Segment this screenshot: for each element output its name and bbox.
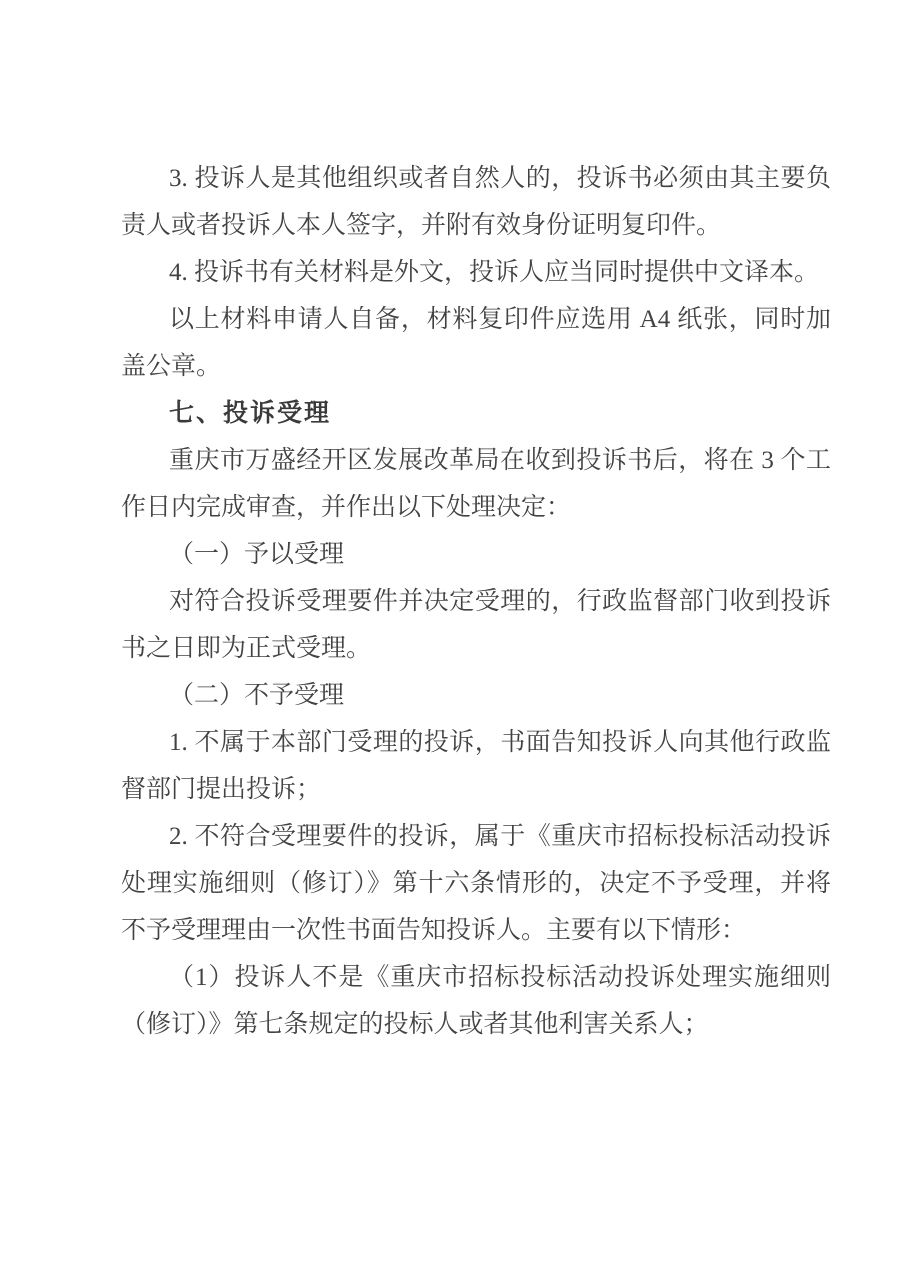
text-line: 对符合投诉受理要件并决定受理的，行政监督部门收到投诉 <box>121 578 831 625</box>
text-line: 2. 不符合受理要件的投诉，属于《重庆市招标投标活动投诉 <box>121 813 831 860</box>
text-line: 督部门提出投诉； <box>121 766 831 813</box>
text-line: 3. 投诉人是其他组织或者自然人的，投诉书必须由其主要负 <box>121 155 831 202</box>
text-line: 以上材料申请人自备，材料复印件应选用 A4 纸张，同时加 <box>121 296 831 343</box>
text-line: 重庆市万盛经开区发展改革局在收到投诉书后，将在 3 个工 <box>121 437 831 484</box>
document-page: 3. 投诉人是其他组织或者自然人的，投诉书必须由其主要负责人或者投诉人本人签字，… <box>0 0 900 1274</box>
text-line: 处理实施细则（修订）》第十六条情形的，决定不予受理，并将 <box>121 860 831 907</box>
text-line: 1. 不属于本部门受理的投诉，书面告知投诉人向其他行政监 <box>121 719 831 766</box>
text-line: 4. 投诉书有关材料是外文，投诉人应当同时提供中文译本。 <box>121 249 831 296</box>
text-line: 作日内完成审查，并作出以下处理决定： <box>121 484 831 531</box>
text-line: 责人或者投诉人本人签字，并附有效身份证明复印件。 <box>121 202 831 249</box>
text-line: 盖公章。 <box>121 343 831 390</box>
text-line: （一）予以受理 <box>121 531 831 578</box>
section-heading: 七、投诉受理 <box>121 390 831 437</box>
text-line: （修订）》第七条规定的投标人或者其他利害关系人； <box>121 1001 831 1048</box>
text-line: 书之日即为正式受理。 <box>121 625 831 672</box>
text-line: （1）投诉人不是《重庆市招标投标活动投诉处理实施细则 <box>121 954 831 1001</box>
text-line: （二）不予受理 <box>121 672 831 719</box>
text-line: 不予受理理由一次性书面告知投诉人。主要有以下情形： <box>121 907 831 954</box>
document-body: 3. 投诉人是其他组织或者自然人的，投诉书必须由其主要负责人或者投诉人本人签字，… <box>121 155 831 1048</box>
